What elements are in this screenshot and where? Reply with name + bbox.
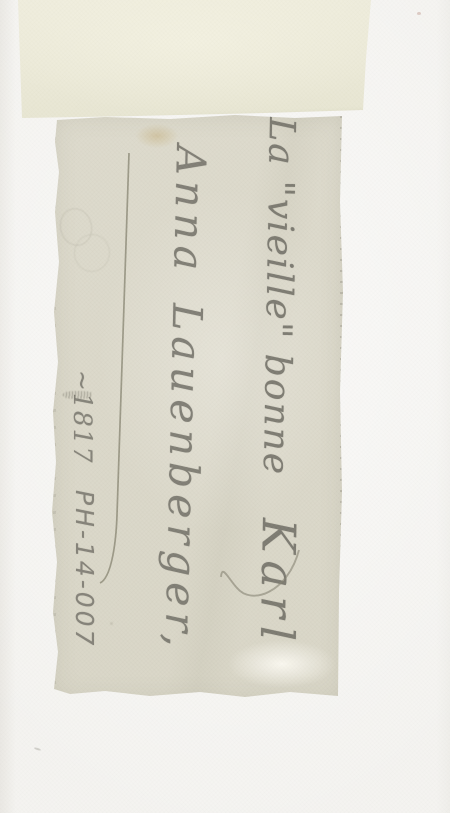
inventory-number-annotation: PH-14-007 — [69, 490, 98, 648]
mounting-card — [14, 0, 372, 119]
scan-speck — [34, 747, 41, 751]
scan-speck — [417, 12, 421, 15]
faint-ring-mark — [72, 232, 113, 275]
inscription-name-word: Karl — [250, 518, 306, 649]
torn-edge-right — [340, 116, 343, 688]
year-annotation: ~1817 — [67, 370, 96, 465]
torn-edge-left — [53, 120, 56, 686]
inscription-line-2: Anna Lauenberger, — [155, 145, 214, 653]
faint-ring-mark — [56, 205, 96, 250]
scanned-document: La "vieille" bonneKarl Anna Lauenberger,… — [0, 0, 450, 813]
scan-speck — [110, 622, 113, 625]
inscription-line-1: La "vieille" bonneKarl — [250, 117, 312, 649]
pencil-scribble-mark — [63, 391, 93, 399]
inscription-title: La "vieille" bonne — [255, 117, 302, 476]
